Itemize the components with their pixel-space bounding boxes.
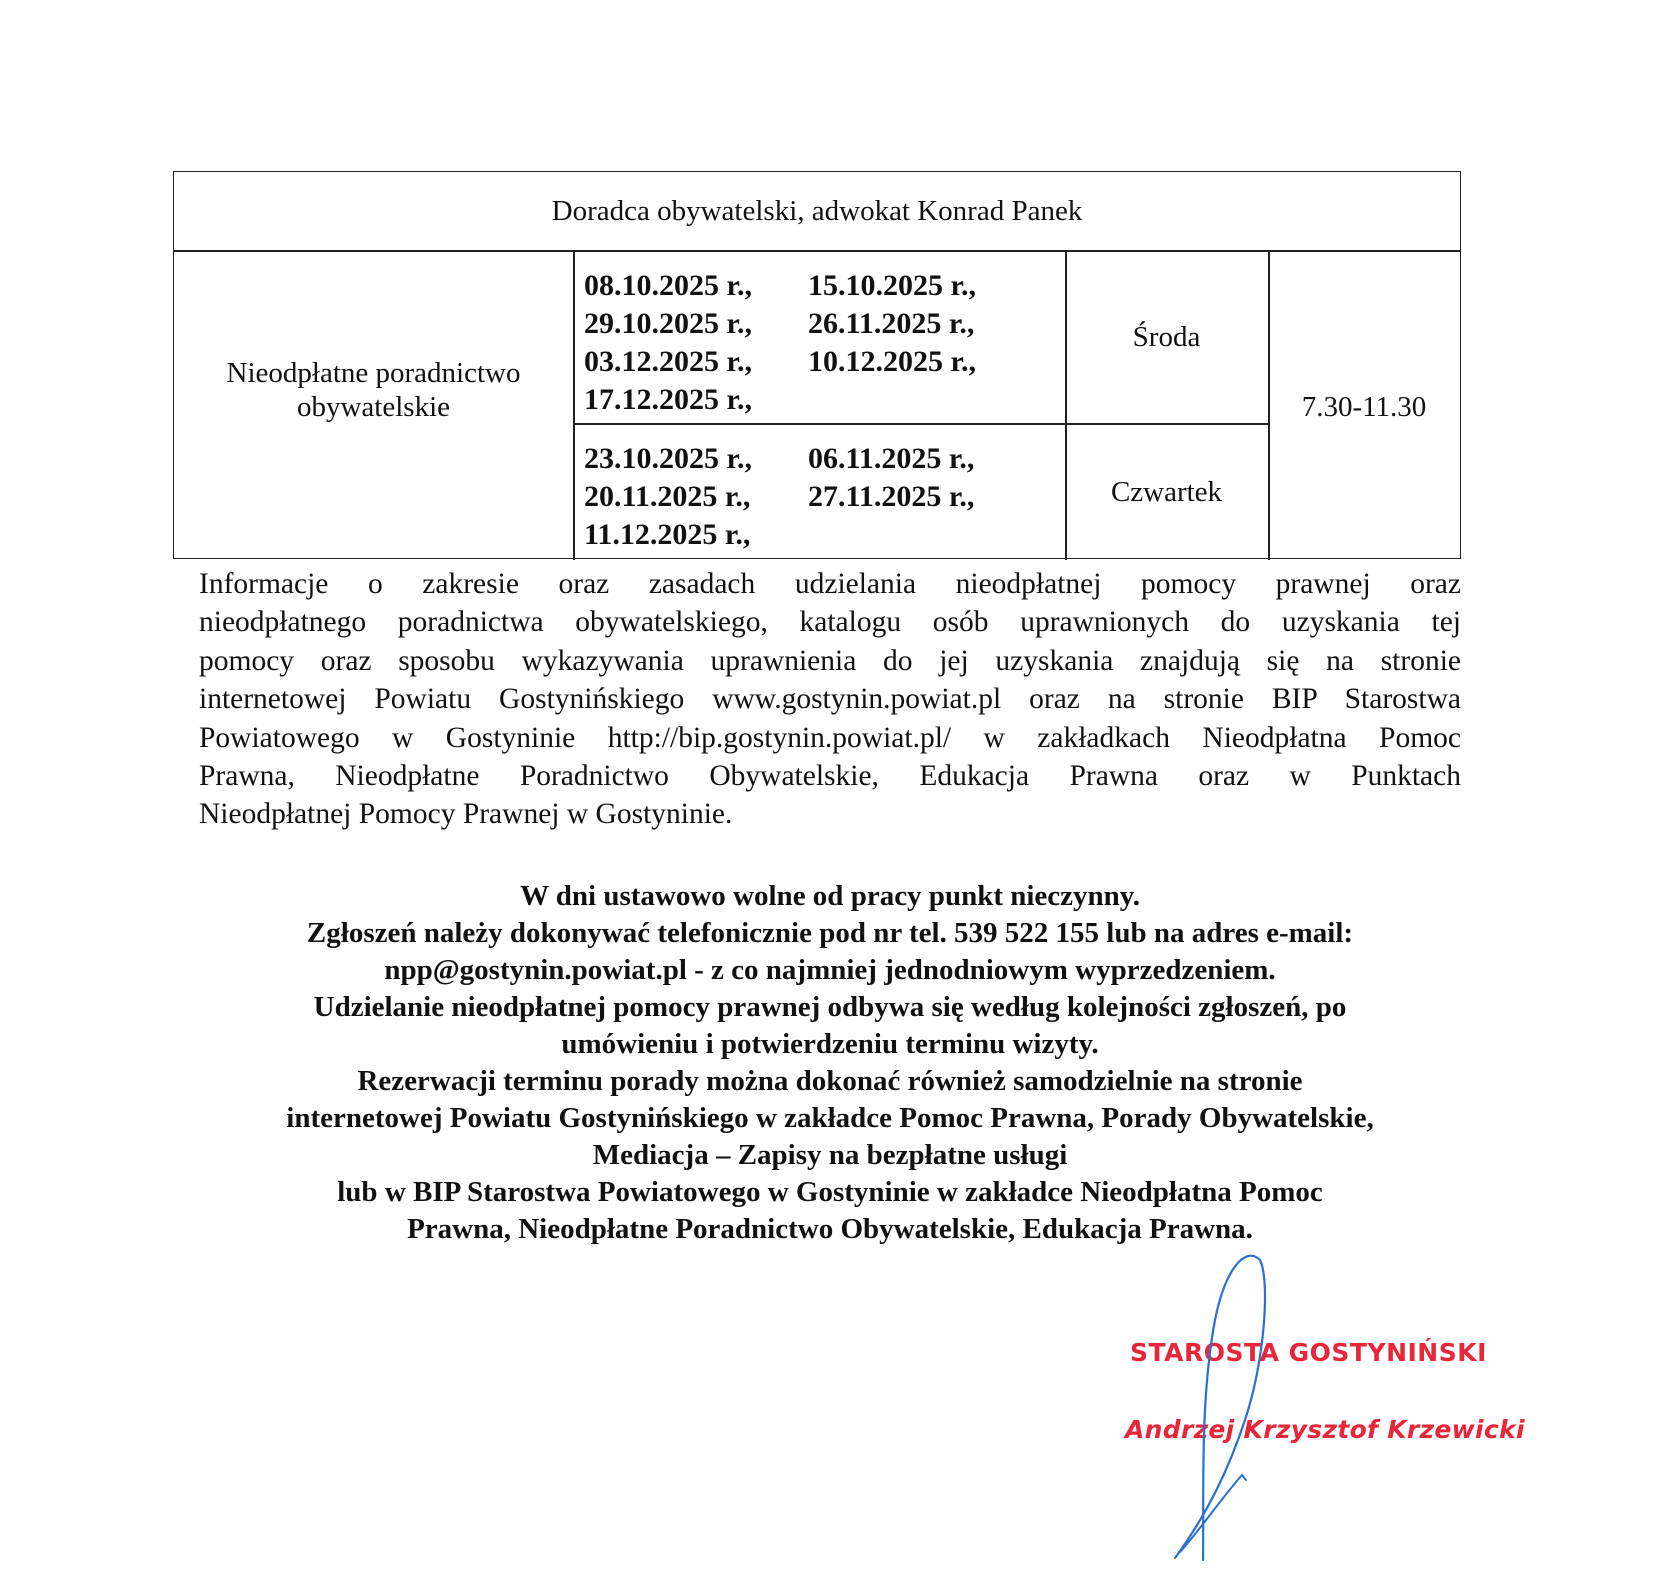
day-thursday: Czwartek <box>1065 475 1268 509</box>
date-entry: 10.12.2025 r., <box>808 343 976 381</box>
office-hours: 7.30-11.30 <box>1268 390 1460 424</box>
date-entry: 26.11.2025 r., <box>808 305 976 343</box>
date-entry: 03.12.2025 r., <box>584 343 752 381</box>
notice-line: Mediacja – Zapisy na bezpłatne usługi <box>180 1137 1480 1174</box>
table-header-advisor: Doradca obywatelski, adwokat Konrad Pane… <box>174 194 1460 228</box>
date-entry: 06.11.2025 r., <box>808 440 974 478</box>
notice-line: W dni ustawowo wolne od pracy punkt niec… <box>180 878 1480 915</box>
column-divider <box>573 250 575 560</box>
notice-line: lub w BIP Starostwa Powiatowego w Gostyn… <box>180 1174 1480 1211</box>
date-entry: 11.12.2025 r., <box>584 516 752 554</box>
paragraph-line: Informacje o zakresie oraz zasadach udzi… <box>199 565 1461 603</box>
info-paragraph: Informacje o zakresie oraz zasadach udzi… <box>199 565 1461 834</box>
date-entry: 29.10.2025 r., <box>584 305 752 343</box>
handwritten-signature-icon <box>1170 1240 1310 1570</box>
service-name-line: Nieodpłatne poradnictwo <box>174 356 573 390</box>
notice-line: Zgłoszeń należy dokonywać telefonicznie … <box>180 915 1480 952</box>
date-entry: 15.10.2025 r., <box>808 267 976 305</box>
paragraph-line: Powiatowego w Gostyninie http://bip.gost… <box>199 719 1461 757</box>
notice-line: Rezerwacji terminu porady można dokonać … <box>180 1063 1480 1100</box>
notice-line: internetowej Powiatu Gostynińskiego w za… <box>180 1100 1480 1137</box>
date-entry: 08.10.2025 r., <box>584 267 752 305</box>
date-entry: 20.11.2025 r., <box>584 478 752 516</box>
wednesday-dates-col1: 08.10.2025 r., 29.10.2025 r., 03.12.2025… <box>584 267 752 419</box>
service-name: Nieodpłatne poradnictwo obywatelskie <box>174 356 573 424</box>
day-wednesday: Środa <box>1065 320 1268 354</box>
wednesday-dates-col2: 15.10.2025 r., 26.11.2025 r., 10.12.2025… <box>808 267 976 381</box>
notice-line: Udzielanie nieodpłatnej pomocy prawnej o… <box>180 989 1480 1026</box>
notice-line: npp@gostynin.powiat.pl - z co najmniej j… <box>180 952 1480 989</box>
thursday-dates-col1: 23.10.2025 r., 20.11.2025 r., 11.12.2025… <box>584 440 752 554</box>
paragraph-line: Prawna, Nieodpłatne Poradnictwo Obywatel… <box>199 757 1461 795</box>
paragraph-line: pomocy oraz sposobu wykazywania uprawnie… <box>199 642 1461 680</box>
paragraph-line: internetowej Powiatu Gostynińskiego www.… <box>199 680 1461 718</box>
schedule-table: Doradca obywatelski, adwokat Konrad Pane… <box>173 171 1461 559</box>
date-entry: 23.10.2025 r., <box>584 440 752 478</box>
paragraph-line: Nieodpłatnej Pomocy Prawnej w Gostyninie… <box>199 795 1461 833</box>
paragraph-line: nieodpłatnego poradnictwa obywatelskiego… <box>199 603 1461 641</box>
service-name-line: obywatelskie <box>174 390 573 424</box>
notice-line: umówieniu i potwierdzeniu terminu wizyty… <box>180 1026 1480 1063</box>
booking-notice: W dni ustawowo wolne od pracy punkt niec… <box>180 878 1480 1248</box>
date-entry: 27.11.2025 r., <box>808 478 974 516</box>
row-divider <box>573 423 1269 425</box>
date-entry: 17.12.2025 r., <box>584 381 752 419</box>
thursday-dates-col2: 06.11.2025 r., 27.11.2025 r., <box>808 440 974 516</box>
column-divider <box>1065 250 1067 560</box>
